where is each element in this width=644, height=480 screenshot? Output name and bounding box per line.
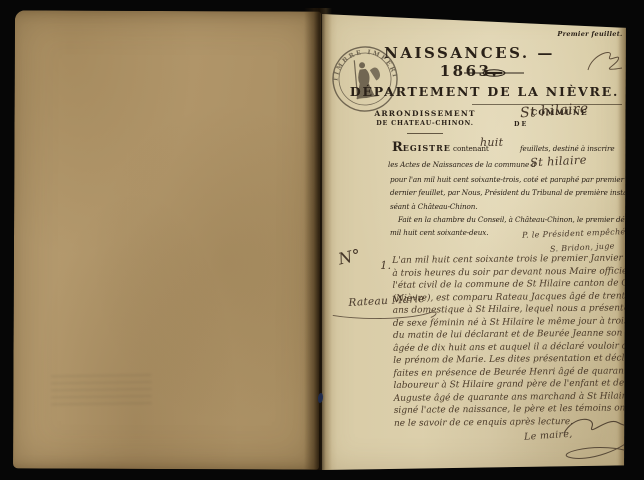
act-line: ans domestique à St Hilaire, lequel nous… bbox=[393, 303, 638, 316]
left-cover-page bbox=[13, 10, 321, 469]
right-register-page: Premier feuillet. TIMBRE IMPÉRIAL NAI bbox=[322, 8, 628, 470]
act-line: laboureur à St Hilaire grand père de l'e… bbox=[393, 378, 638, 391]
mayor-signature-flourish bbox=[556, 410, 644, 469]
margin-act-number: 1. bbox=[380, 259, 391, 272]
act-line: le prénom de Marie. Les dites présentati… bbox=[393, 353, 638, 366]
act-line: à trois heures du soir par devant nous M… bbox=[392, 266, 637, 279]
register-scan: Premier feuillet. TIMBRE IMPÉRIAL NAI bbox=[0, 0, 644, 480]
act-line: Auguste âgé de quarante ans marchand à S… bbox=[394, 391, 639, 404]
act-line: l'état civil de la commune de St Hilaire… bbox=[392, 278, 637, 291]
act-line: de sexe féminin né à St Hilaire le même … bbox=[393, 316, 638, 329]
act-line: âgée de dix huit ans et auquel il a décl… bbox=[393, 341, 638, 354]
birth-act-text: N° 1. Rateau Marie L'an mil huit cent so… bbox=[320, 6, 631, 471]
show-through-smudge bbox=[51, 374, 151, 409]
act-line: du matin de lui déclarant et de Beurée J… bbox=[393, 328, 638, 341]
act-line: faites en présence de Beurée Henri âgé d… bbox=[393, 366, 638, 379]
act-line: L'an mil huit cent soixante trois le pre… bbox=[392, 253, 637, 266]
act-line: (Nièvre), est comparu Rateau Jacques âgé… bbox=[393, 291, 638, 304]
margin-act-number-label: N° bbox=[336, 245, 362, 268]
